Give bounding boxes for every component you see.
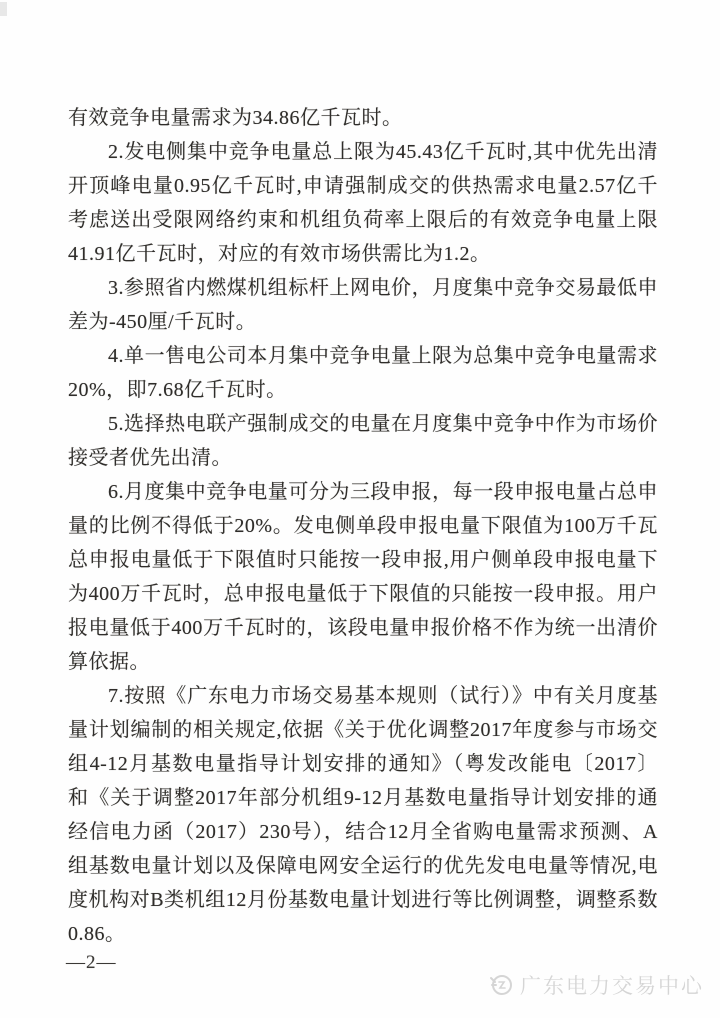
- text-line: 量计划编制的相关规定,依据《关于优化调整2017年度参与市场交易机: [68, 713, 658, 747]
- text-line: 量的比例不得低于20%。发电侧单段申报电量下限值为100万千瓦时,: [68, 509, 658, 543]
- watermark: 广东电力交易中心: [488, 970, 704, 1000]
- document-page: 有效竞争电量需求为34.86亿千瓦时。2.发电侧集中竞争电量总上限为45.43亿…: [0, 0, 720, 1018]
- text-line: 接受者优先出清。: [68, 441, 658, 475]
- text-line: 开顶峰电量0.95亿千瓦时,申请强制成交的供热需求电量2.57亿千瓦时,: [68, 169, 658, 203]
- text-line: 组4-12月基数电量指导计划安排的通知》（粤发改能电〔2017〕300号）: [68, 747, 658, 781]
- text-line: 3.参照省内燃煤机组标杆上网电价，月度集中竞争交易最低申报价: [68, 271, 658, 305]
- text-line: 7.按照《广东电力市场交易基本规则（试行）》中有关月度基数电: [68, 679, 658, 713]
- text-line: 41.91亿千瓦时，对应的有效市场供需比为1.2。: [68, 237, 658, 271]
- text-line: 和《关于调整2017年部分机组9-12月基数电量指导计划安排的通知》(粤: [68, 781, 658, 815]
- power-trading-center-logo-icon: [488, 972, 514, 998]
- text-line: 算依据。: [68, 645, 658, 679]
- text-line: 5.选择热电联产强制成交的电量在月度集中竞争中作为市场价格: [68, 407, 658, 441]
- text-line: 经信电力函（2017）230号），结合12月全省购电量需求预测、A类机: [68, 815, 658, 849]
- text-line: 20%，即7.68亿千瓦时。: [68, 373, 658, 407]
- text-line: 为400万千瓦时，总申报电量低于下限值的只能按一段申报。用户侧申: [68, 577, 658, 611]
- text-line: 组基数电量计划以及保障电网安全运行的优先发电电量等情况,电力调: [68, 849, 658, 883]
- text-line: 度机构对B类机组12月份基数电量计划进行等比例调整，调整系数为: [68, 883, 658, 917]
- text-line: 有效竞争电量需求为34.86亿千瓦时。: [68, 101, 658, 135]
- text-line: 差为-450厘/千瓦时。: [68, 305, 658, 339]
- document-body-text: 有效竞争电量需求为34.86亿千瓦时。2.发电侧集中竞争电量总上限为45.43亿…: [68, 101, 658, 951]
- scan-artifact: [0, 2, 7, 16]
- watermark-text: 广东电力交易中心: [520, 970, 704, 1000]
- page-number: —2—: [66, 952, 117, 974]
- text-line: 报电量低于400万千瓦时的，该段电量申报价格不作为统一出清价差计: [68, 611, 658, 645]
- text-line: 6.月度集中竞争电量可分为三段申报，每一段申报电量占总申报电: [68, 475, 658, 509]
- text-line: 考虑送出受限网络约束和机组负荷率上限后的有效竞争电量上限为: [68, 203, 658, 237]
- text-line: 4.单一售电公司本月集中竞争电量上限为总集中竞争电量需求的: [68, 339, 658, 373]
- text-line: 2.发电侧集中竞争电量总上限为45.43亿千瓦时,其中优先出清的必: [68, 135, 658, 169]
- text-line: 0.86。: [68, 917, 658, 951]
- text-line: 总申报电量低于下限值时只能按一段申报,用户侧单段申报电量下限值: [68, 543, 658, 577]
